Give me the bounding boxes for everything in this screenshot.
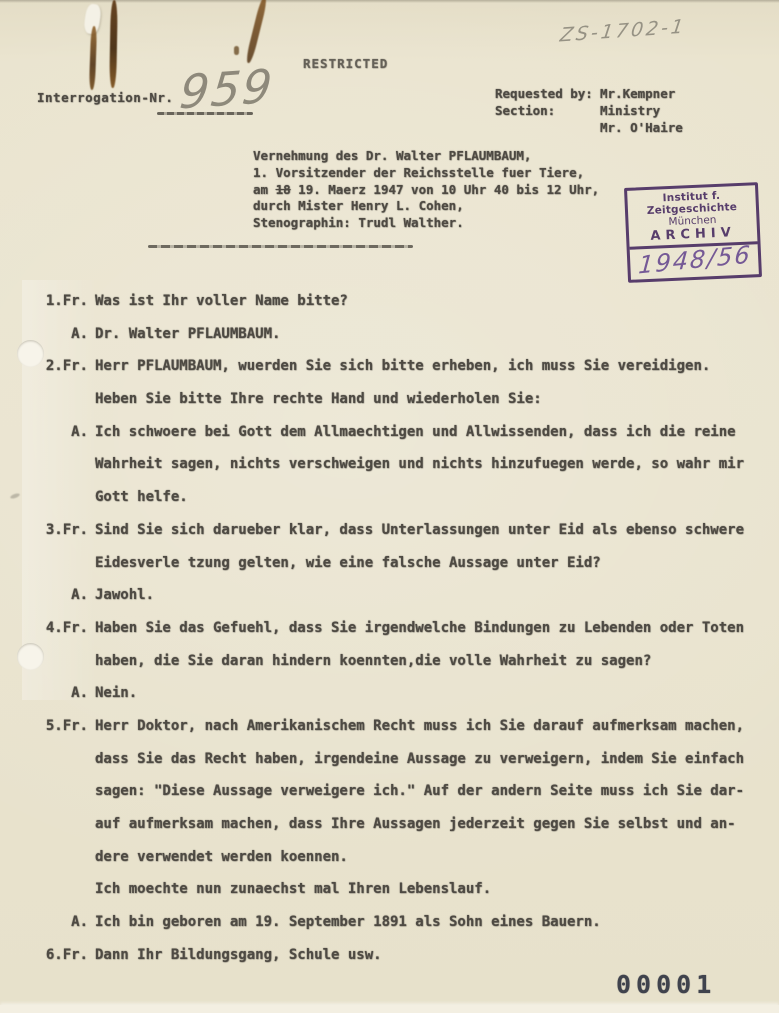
divider-line: [148, 245, 413, 248]
request-block: Requested by:Mr.KempnerSection:MinistryM…: [495, 85, 683, 136]
request-row: Mr. O'Haire: [495, 119, 683, 136]
qa-line: Eidesverle tzung gelten, wie eine falsch…: [38, 555, 758, 588]
header-line: Vernehmung des Dr. Walter PFLAUMBAUM,: [253, 148, 599, 165]
qa-line: 4.Fr.Haben Sie das Gefuehl, dass Sie irg…: [38, 620, 758, 653]
qa-line-text: Jawohl.: [95, 587, 154, 603]
header-lines: Vernehmung des Dr. Walter PFLAUMBAUM,1. …: [253, 148, 599, 232]
pencil-archive-note: ZS-1702-1: [559, 15, 688, 46]
scan-bottom-edge: [0, 1005, 779, 1013]
qa-line-text: Wahrheit sagen, nichts verschweigen und …: [95, 456, 744, 472]
header-text: 19. Maerz 1947 von 10 Uhr 40 bis 12 Uhr,: [291, 182, 600, 197]
qa-line-text: dere verwendet werden koennen.: [95, 849, 348, 865]
qa-line: 2.Fr.Herr PFLAUMBAUM, wuerden Sie sich b…: [38, 358, 758, 391]
qa-line: dass Sie das Recht haben, irgendeine Aus…: [38, 751, 758, 784]
qa-line: Gott helfe.: [38, 489, 758, 522]
qa-line-text: Heben Sie bitte Ihre rechte Hand und wie…: [95, 391, 542, 407]
header-line: Stenographin: Trudl Walther.: [253, 215, 599, 232]
header-text: Vernehmung des Dr. Walter PFLAUMBAUM,: [253, 148, 531, 163]
qa-line: Wahrheit sagen, nichts verschweigen und …: [38, 456, 758, 489]
request-row-value: Ministry: [600, 102, 660, 119]
qa-line: A.Dr. Walter PFLAUMBAUM.: [38, 326, 758, 359]
stain: [245, 0, 268, 64]
stamp-number-box: 1948/56: [630, 244, 759, 280]
qa-list: 1.Fr.Was ist Ihr voller Name bitte?A.Dr.…: [38, 293, 758, 979]
qa-line-text: Ich moechte nun zunaechst mal Ihren Lebe…: [95, 881, 491, 897]
qa-line: A.Ich schwoere bei Gott dem Allmaechtige…: [38, 424, 758, 457]
qa-line-label: 2.Fr.: [38, 358, 88, 374]
stain: [109, 0, 118, 88]
classification-stamp: RESTRICTED: [303, 56, 388, 71]
qa-line: auf aufmerksam machen, dass Ihre Aussage…: [38, 816, 758, 849]
qa-line-label: A.: [38, 424, 88, 440]
request-row-value: Mr. O'Haire: [600, 119, 683, 136]
request-row-label: Requested by:: [495, 85, 600, 102]
qa-line-text: Was ist Ihr voller Name bitte?: [95, 293, 348, 309]
stain: [234, 46, 239, 55]
stain: [89, 26, 97, 90]
qa-line-label: 6.Fr.: [38, 947, 88, 963]
interrogation-number-handwritten: 959: [177, 58, 276, 119]
pencil-mark: [10, 492, 21, 499]
qa-line-text: Haben Sie das Gefuehl, dass Sie irgendwe…: [95, 620, 744, 636]
header-text: am: [253, 182, 276, 197]
qa-line: 5.Fr.Herr Doktor, nach Amerikanischem Re…: [38, 718, 758, 751]
qa-line-text: Herr PFLAUMBAUM, wuerden Sie sich bitte …: [95, 358, 710, 374]
qa-line-text: Sind Sie sich darueber klar, dass Unterl…: [95, 522, 744, 538]
qa-line-text: Ich bin geboren am 19. September 1891 al…: [95, 914, 601, 930]
archive-stamp-text: Institut f. Zeitgeschichte München ARCHI…: [627, 185, 757, 250]
archive-stamp-box: Institut f. Zeitgeschichte München ARCHI…: [624, 182, 762, 283]
qa-line: A.Ich bin geboren am 19. September 1891 …: [38, 914, 758, 947]
qa-line-text: Gott helfe.: [95, 489, 188, 505]
qa-line-label: A.: [38, 587, 88, 603]
qa-line: 3.Fr.Sind Sie sich darueber klar, dass U…: [38, 522, 758, 555]
request-row-label: Section:: [495, 102, 600, 119]
qa-line-text: Eidesverle tzung gelten, wie eine falsch…: [95, 555, 601, 571]
request-row-label: [495, 119, 600, 136]
qa-line-text: auf aufmerksam machen, dass Ihre Aussage…: [95, 816, 736, 832]
header-line: 1. Vorsitzender der Reichsstelle fuer Ti…: [253, 165, 599, 182]
qa-line-text: Ich schwoere bei Gott dem Allmaechtigen …: [95, 424, 736, 440]
request-row: Requested by:Mr.Kempner: [495, 85, 683, 102]
request-row-value: Mr.Kempner: [600, 85, 675, 102]
qa-line: A.Jawohl.: [38, 587, 758, 620]
scan-top-edge: [0, 0, 779, 3]
qa-line-label: 3.Fr.: [38, 522, 88, 538]
qa-line-label: 5.Fr.: [38, 718, 88, 734]
qa-line-text: haben, die Sie daran hindern koennten,di…: [95, 653, 651, 669]
qa-line: haben, die Sie daran hindern koennten,di…: [38, 653, 758, 686]
request-row: Section:Ministry: [495, 102, 683, 119]
header-line: durch Mister Henry L. Cohen,: [253, 198, 599, 215]
qa-line: Heben Sie bitte Ihre rechte Hand und wie…: [38, 391, 758, 424]
qa-line: A.Nein.: [38, 685, 758, 718]
archive-stamp: Institut f. Zeitgeschichte München ARCHI…: [624, 182, 762, 283]
interrogation-number-label: Interrogation-Nr.: [37, 90, 173, 105]
qa-line-text: Dann Ihr Bildungsgang, Schule usw.: [95, 947, 382, 963]
qa-line-text: dass Sie das Recht haben, irgendeine Aus…: [95, 751, 744, 767]
qa-line-text: Herr Doktor, nach Amerikanischem Recht m…: [95, 718, 744, 734]
page-number-stamp: 00001: [616, 970, 716, 999]
qa-line: dere verwendet werden koennen.: [38, 849, 758, 882]
header-text: Stenographin: Trudl Walther.: [253, 215, 464, 230]
qa-line-text: Dr. Walter PFLAUMBAUM.: [95, 326, 280, 342]
qa-line-label: 4.Fr.: [38, 620, 88, 636]
header-text: 1. Vorsitzender der Reichsstelle fuer Ti…: [253, 165, 584, 180]
header-text: durch Mister Henry L. Cohen,: [253, 198, 464, 213]
qa-line-text: Nein.: [95, 685, 137, 701]
qa-line: Ich moechte nun zunaechst mal Ihren Lebe…: [38, 881, 758, 914]
qa-line: sagen: "Diese Aussage verweigere ich." A…: [38, 783, 758, 816]
qa-line-text: sagen: "Diese Aussage verweigere ich." A…: [95, 783, 744, 799]
header-line: am 18 19. Maerz 1947 von 10 Uhr 40 bis 1…: [253, 182, 599, 199]
qa-line-label: A.: [38, 914, 88, 930]
qa-line: 1.Fr.Was ist Ihr voller Name bitte?: [38, 293, 758, 326]
qa-line-label: A.: [38, 685, 88, 701]
qa-line-label: A.: [38, 326, 88, 342]
qa-line-label: 1.Fr.: [38, 293, 88, 309]
struck-text: 18: [276, 182, 291, 197]
scanned-document-page: ZS-1702-1 RESTRICTED Interrogation-Nr. 9…: [0, 0, 779, 1013]
